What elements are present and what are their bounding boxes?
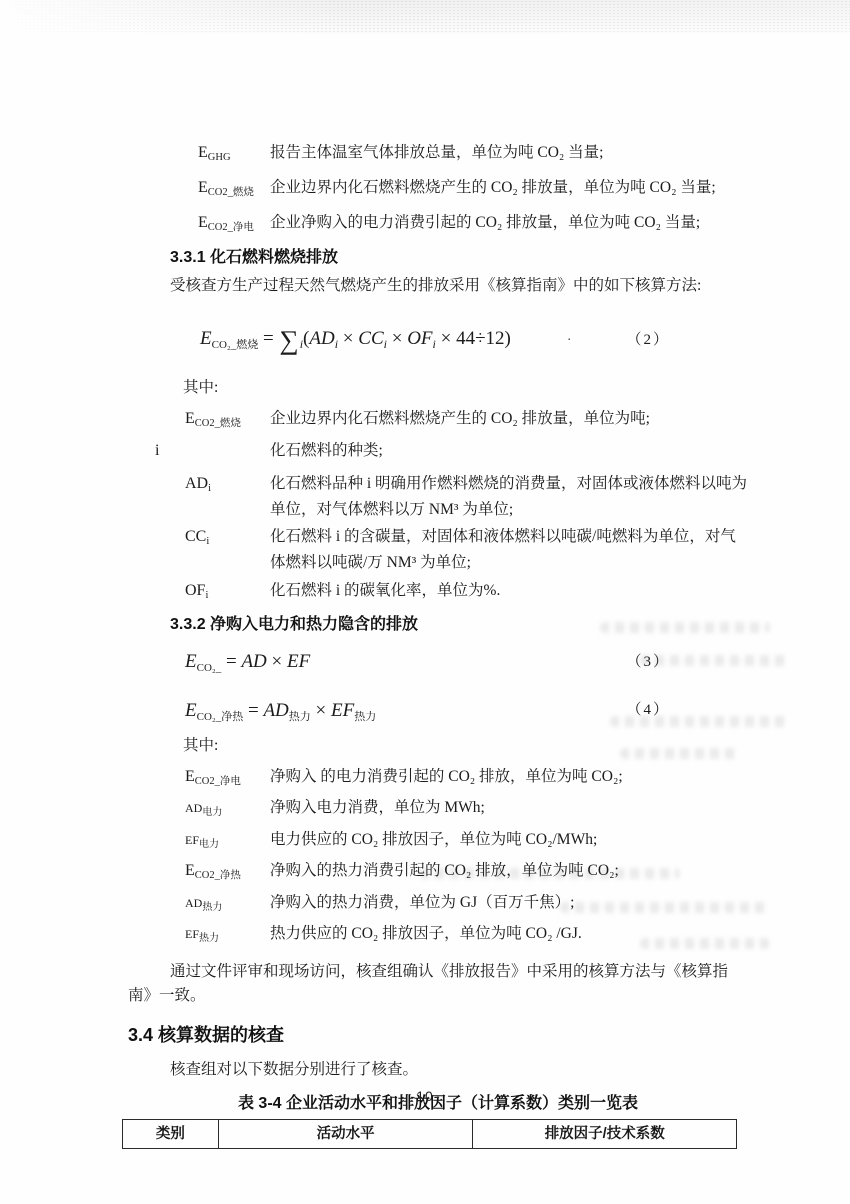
definition-term: ECO2_净电 [128,208,270,242]
definition-term: ECO2_燃烧 [128,173,270,207]
definition-description: 化石燃料 i 的含碳量，对固体和液体燃料以吨碳/吨燃料为单位，对气体燃料以吨碳/… [270,524,748,576]
term-subscript: GHG [208,152,231,163]
definition-row: EF电力 电力供应的 CO₂ 排放因子，单位为吨 CO₂/MWh; [128,827,748,858]
definition-list-power-heat: ECO2_净电 净购入 的电力消费引起的 CO₂ 排放，单位为吨 CO₂; AD… [128,764,748,953]
term-subscript: CO2_燃烧 [195,418,241,429]
definition-row: AD热力 净购入的热力消费，单位为 GJ（百万千焦）; [128,890,748,921]
formula-3-expression: ECO₂_ = AD × EF [185,647,310,677]
definition-term: ECO2_净热 [128,858,270,889]
definition-description: 电力供应的 CO₂ 排放因子，单位为吨 CO₂/MWh; [270,827,748,853]
definition-term: EGHG [128,138,270,172]
term-base: AD [185,801,202,815]
definition-description: 净购入 的电力消费引起的 CO₂ 排放，单位为吨 CO₂; [270,764,748,790]
term-subscript: 电力 [202,807,222,818]
definition-term: AD电力 [128,795,270,826]
table-3-4: 类别 活动水平 排放因子/技术系数 [122,1119,737,1149]
term-base: E [198,144,208,161]
formula-3-line: ECO₂_ = AD × EF （3） [128,647,748,677]
definition-description: 报告主体温室气体排放总量，单位为吨 CO₂ 当量; [270,138,748,167]
term-base: E [198,179,208,196]
formula-2-line: ECO₂_燃烧 = ∑i(ADi × CCi × OFi × 44÷12)· （… [128,320,748,362]
definition-term: ECO2_净电 [128,764,270,795]
definition-term: EF电力 [128,827,270,858]
definition-row: ECO2_净电 净购入 的电力消费引起的 CO₂ 排放，单位为吨 CO₂; [128,764,748,795]
definition-description: 热力供应的 CO₂ 排放因子，单位为吨 CO₂ /GJ. [270,921,748,947]
table-header-emission-factor: 排放因子/技术系数 [473,1119,737,1148]
among-label: 其中: [128,376,748,400]
definition-term: AD热力 [128,890,270,921]
definition-term: ECO2_燃烧 [128,406,270,437]
heading-3-3-2: 3.3.2 净购入电力和热力隐含的排放 [128,613,748,638]
term-subscript: i [205,590,208,601]
term-base: OF [185,582,205,599]
heading-3-4: 3.4 核算数据的核查 [128,1022,748,1050]
term-base: E [185,862,195,879]
formula-2-expression: ECO₂_燃烧 = ∑i(ADi × CCi × OFi × 44÷12)· [200,320,572,362]
definition-description: 企业净购入的电力消费引起的 CO₂ 排放量，单位为吨 CO₂ 当量; [270,208,748,237]
definition-row: EF热力 热力供应的 CO₂ 排放因子，单位为吨 CO₂ /GJ. [128,921,748,952]
definition-description: 净购入的热力消费，单位为 GJ（百万千焦）; [270,890,748,916]
definition-row: ECO2_净热 净购入的热力消费引起的 CO₂ 排放，单位为吨 CO₂; [128,858,748,889]
definition-term: EF热力 [128,921,270,952]
table-header-category: 类别 [123,1119,219,1148]
scanned-document-page: EGHG 报告主体温室气体排放总量，单位为吨 CO₂ 当量; ECO2_燃烧 企… [0,0,850,1204]
term-subscript: i [206,536,209,547]
definition-description: 化石燃料 i 的碳氧化率，单位为%. [270,578,748,604]
document-content: EGHG 报告主体温室气体排放总量，单位为吨 CO₂ 当量; ECO2_燃烧 企… [128,138,748,1149]
definition-row: CCi 化石燃料 i 的含碳量，对固体和液体燃料以吨碳/吨燃料为单位，对气体燃料… [128,524,748,576]
among-label: 其中: [128,734,748,758]
term-subscript: CO2_净电 [195,776,241,787]
term-base: CC [185,528,206,545]
term-base: AD [185,475,208,492]
definition-row: OFi 化石燃料 i 的碳氧化率，单位为%. [128,578,748,609]
term-base: i [155,442,159,459]
definition-term: CCi [128,524,270,555]
definition-row: i 化石燃料的种类; [128,438,748,469]
definition-row: ECO2_燃烧 企业边界内化石燃料燃烧产生的 CO₂ 排放量，单位为吨; [128,406,748,437]
term-base: EF [185,927,199,941]
term-subscript: i [208,483,211,494]
term-base: E [185,410,195,427]
term-base: E [198,214,208,231]
term-subscript: CO2_净电 [208,222,254,233]
table-header-row: 类别 活动水平 排放因子/技术系数 [123,1119,737,1148]
term-subscript: 热力 [202,902,222,913]
definition-row: ECO2_燃烧 企业边界内化石燃料燃烧产生的 CO₂ 排放量，单位为吨 CO₂ … [128,173,748,207]
definition-description: 净购入的热力消费引起的 CO₂ 排放，单位为吨 CO₂; [270,858,748,884]
paragraph-331-intro: 受核查方生产过程天然气燃烧产生的排放采用《核算指南》中的如下核算方法: [128,274,748,298]
term-subscript: CO2_净热 [195,870,241,881]
definition-description: 企业边界内化石燃料燃烧产生的 CO₂ 排放量，单位为吨; [270,406,748,432]
definition-description: 化石燃料的种类; [270,438,748,464]
table-header-activity-level: 活动水平 [218,1119,473,1148]
definition-row: EGHG 报告主体温室气体排放总量，单位为吨 CO₂ 当量; [128,138,748,172]
page-number: -10- [0,1088,850,1104]
definition-row: ADi 化石燃料品种 i 明确用作燃料燃烧的消费量，对固体或液体燃料以吨为单位，… [128,471,748,523]
formula-4-expression: ECO₂_净热 = AD热力 × EF热力 [185,696,376,726]
definition-term: ADi [128,471,270,502]
heading-3-3-1: 3.3.1 化石燃料燃烧排放 [128,246,748,271]
definition-description: 净购入电力消费，单位为 MWh; [270,795,748,821]
formula-2-number: （2） [626,329,670,352]
term-subscript: 热力 [199,933,219,944]
definition-list-fuel: ECO2_燃烧 企业边界内化石燃料燃烧产生的 CO₂ 排放量，单位为吨; i 化… [128,406,748,609]
definition-term: OFi [128,578,270,609]
formula-4-line: ECO₂_净热 = AD热力 × EF热力 （4） [128,696,748,726]
term-subscript: 电力 [199,839,219,850]
definition-list-top: EGHG 报告主体温室气体排放总量，单位为吨 CO₂ 当量; ECO2_燃烧 企… [128,138,748,242]
definition-row: ECO2_净电 企业净购入的电力消费引起的 CO₂ 排放量，单位为吨 CO₂ 当… [128,208,748,242]
definition-description: 企业边界内化石燃料燃烧产生的 CO₂ 排放量，单位为吨 CO₂ 当量; [270,173,748,202]
term-base: E [185,768,195,785]
term-base: AD [185,896,202,910]
scan-noise-band [0,0,850,34]
paragraph-34-intro: 核查组对以下数据分别进行了核查。 [128,1058,748,1082]
definition-term: i [128,438,270,469]
definition-row: AD电力 净购入电力消费，单位为 MWh; [128,795,748,826]
closing-paragraph: 通过文件评审和现场访问，核查组确认《排放报告》中采用的核算方法与《核算指南》一致… [128,960,748,1008]
term-base: EF [185,833,199,847]
term-subscript: CO2_燃烧 [208,187,254,198]
formula-4-number: （4） [626,699,670,722]
definition-description: 化石燃料品种 i 明确用作燃料燃烧的消费量，对固体或液体燃料以吨为单位，对气体燃… [270,471,748,523]
formula-3-number: （3） [626,651,670,674]
